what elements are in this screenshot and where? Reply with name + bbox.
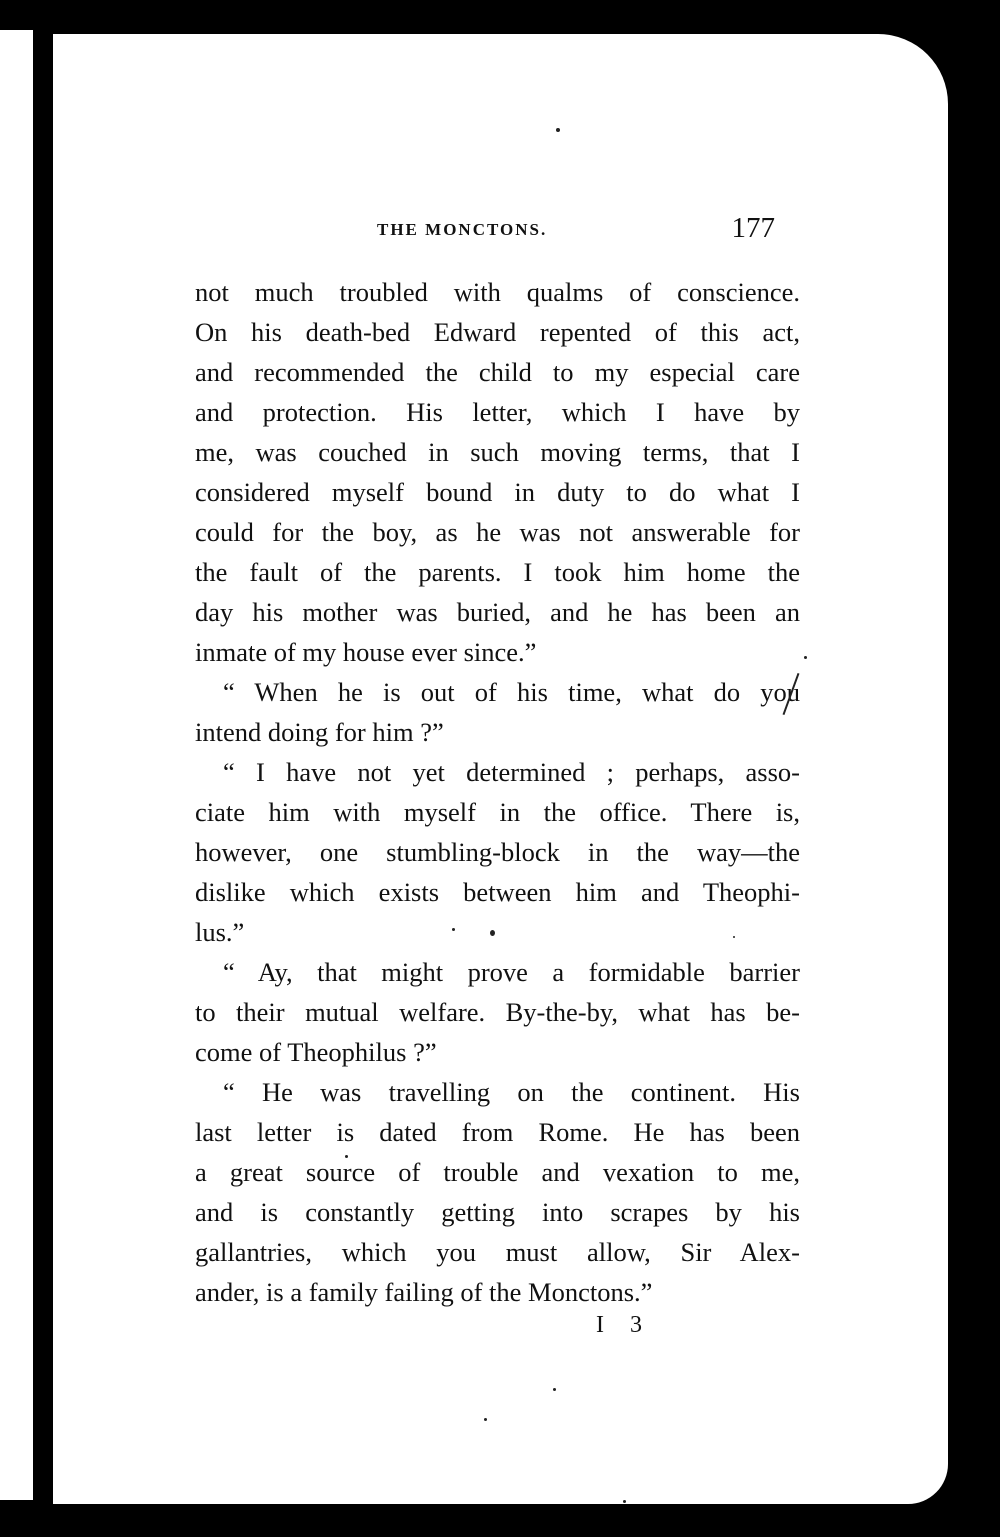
text-line: gallantries, which you must allow, Sir A… <box>195 1232 800 1272</box>
text-line: “ He was travelling on the continent. Hi… <box>195 1072 800 1112</box>
text-line: lus.” <box>195 912 800 952</box>
text-line: to their mutual welfare. By-the-by, what… <box>195 992 800 1032</box>
ink-speck <box>804 656 807 659</box>
text-line: and protection. His letter, which I have… <box>195 392 800 432</box>
text-line: “ Ay, that might prove a formidable barr… <box>195 952 800 992</box>
text-line: considered myself bound in duty to do wh… <box>195 472 800 512</box>
text-line: ciate him with myself in the office. The… <box>195 792 800 832</box>
text-line: a great source of trouble and vexation t… <box>195 1152 800 1192</box>
ink-speck <box>490 930 495 936</box>
page-body: not much troubled with qualms of conscie… <box>195 272 800 1312</box>
text-line: On his death-bed Edward repented of this… <box>195 312 800 352</box>
adjacent-page-edge <box>0 30 34 1500</box>
text-line: “ I have not yet determined ; perhaps, a… <box>195 752 800 792</box>
ink-speck <box>733 936 735 938</box>
text-line: intend doing for him ?” <box>195 712 800 752</box>
text-line: and is constantly getting into scrapes b… <box>195 1192 800 1232</box>
text-line: the fault of the parents. I took him hom… <box>195 552 800 592</box>
text-line: inmate of my house ever since.” <box>195 632 800 672</box>
ink-speck <box>556 128 560 132</box>
text-line: and recommended the child to my especial… <box>195 352 800 392</box>
page-number: 177 <box>732 212 776 245</box>
ink-speck <box>553 1388 556 1391</box>
text-line: not much troubled with qualms of conscie… <box>195 272 800 312</box>
text-line: “ When he is out of his time, what do yo… <box>195 672 800 712</box>
ink-speck <box>484 1418 487 1421</box>
binding-gutter <box>33 30 53 1505</box>
text-line: dislike which exists between him and The… <box>195 872 800 912</box>
running-title: THE MONCTONS. <box>377 220 547 240</box>
ink-speck <box>345 1155 348 1158</box>
text-line: day his mother was buried, and he has be… <box>195 592 800 632</box>
text-line: could for the boy, as he was not answera… <box>195 512 800 552</box>
ink-speck <box>452 928 455 931</box>
ink-speck <box>623 1500 626 1503</box>
text-line: me, was couched in such moving terms, th… <box>195 432 800 472</box>
text-line: last letter is dated from Rome. He has b… <box>195 1112 800 1152</box>
text-line: however, one stumbling-block in the way—… <box>195 832 800 872</box>
text-line: ander, is a family failing of the Moncto… <box>195 1272 800 1312</box>
running-head: THE MONCTONS. 177 <box>195 212 775 246</box>
text-line: come of Theophilus ?” <box>195 1032 800 1072</box>
signature-mark: I 3 <box>596 1312 652 1339</box>
